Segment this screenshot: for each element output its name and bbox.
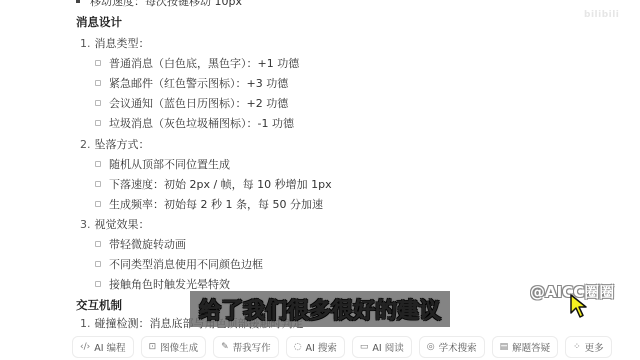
image-icon: ⊡ [149,342,157,352]
pen-icon: ✎ [221,342,229,352]
list-item-message-types: 1.消息类型： [80,37,150,51]
sub-list-item: 下落速度：初始 2px / 帧，每 10 秒增加 1px [95,178,332,192]
scholar-icon: ◎ [427,342,435,352]
sub-list-item: 不同类型消息使用不同颜色边框 [95,258,263,272]
ai-reading-button[interactable]: ▭ AI 阅读 [352,336,412,358]
bilibili-logo: bilibili [584,10,619,20]
academic-search-button[interactable]: ◎ 学术搜索 [419,336,485,358]
bullet-icon [95,120,101,126]
help-me-write-button[interactable]: ✎ 帮我写作 [213,336,279,358]
problem-solving-button[interactable]: ▤ 解题答疑 [492,336,559,358]
document-page: 移动速度：每次按键移动 10px 消息设计 1.消息类型： 普通消息（白色底，黑… [0,0,640,360]
ai-coding-button[interactable]: ‹/› AI 编程 [72,336,134,358]
bullet-icon [95,161,101,167]
bullet-icon [95,241,101,247]
list-item-fall-mode: 2.坠落方式： [80,138,150,152]
ai-search-button[interactable]: ◌ AI 搜索 [286,336,345,358]
search-icon: ◌ [294,342,302,352]
sub-list-item: 生成频率：初始每 2 秒 1 条，每 50 分加速 [95,198,323,212]
section-heading-interaction: 交互机制 [76,298,122,312]
more-button[interactable]: ⁘ 更多 [565,336,612,358]
sub-list-item: 紧急邮件（红色警示图标）：+3 功德 [95,77,288,91]
bullet-icon [95,181,101,187]
bullet-icon [95,80,101,86]
quick-action-toolbar: ‹/› AI 编程 ⊡ 图像生成 ✎ 帮我写作 ◌ AI 搜索 ▭ AI 阅读 … [72,336,612,358]
bullet-icon [95,100,101,106]
image-generation-button[interactable]: ⊡ 图像生成 [141,336,207,358]
sub-list-item: 带轻微旋转动画 [95,238,186,252]
sub-list-item: 会议通知（蓝色日历图标）：+2 功德 [95,97,288,111]
question-icon: ▤ [500,342,509,352]
sub-list-item: 垃圾消息（灰色垃圾桶图标）：-1 功德 [95,117,294,131]
section-heading-message-design: 消息设计 [76,15,122,29]
list-item-visual-effects: 3.视觉效果： [80,218,150,232]
sub-list-item: 普通消息（白色底，黑色字）：+1 功德 [95,57,299,71]
bullet-icon [95,281,101,287]
bullet-icon [95,261,101,267]
bullet-icon [76,0,80,3]
bullet-icon [95,60,101,66]
code-icon: ‹/› [80,342,90,352]
bullet-icon [95,201,101,207]
sub-list-item: 随机从顶部不同位置生成 [95,158,230,172]
video-subtitle: 给了我们很多很好的建议 [190,291,450,327]
book-icon: ▭ [360,342,369,352]
top-list-item: 移动速度：每次按键移动 10px [76,0,242,9]
sub-list-item: 接触角色时触发光晕特效 [95,278,230,292]
mouse-cursor-icon [569,293,589,319]
grid-icon: ⁘ [573,342,581,352]
